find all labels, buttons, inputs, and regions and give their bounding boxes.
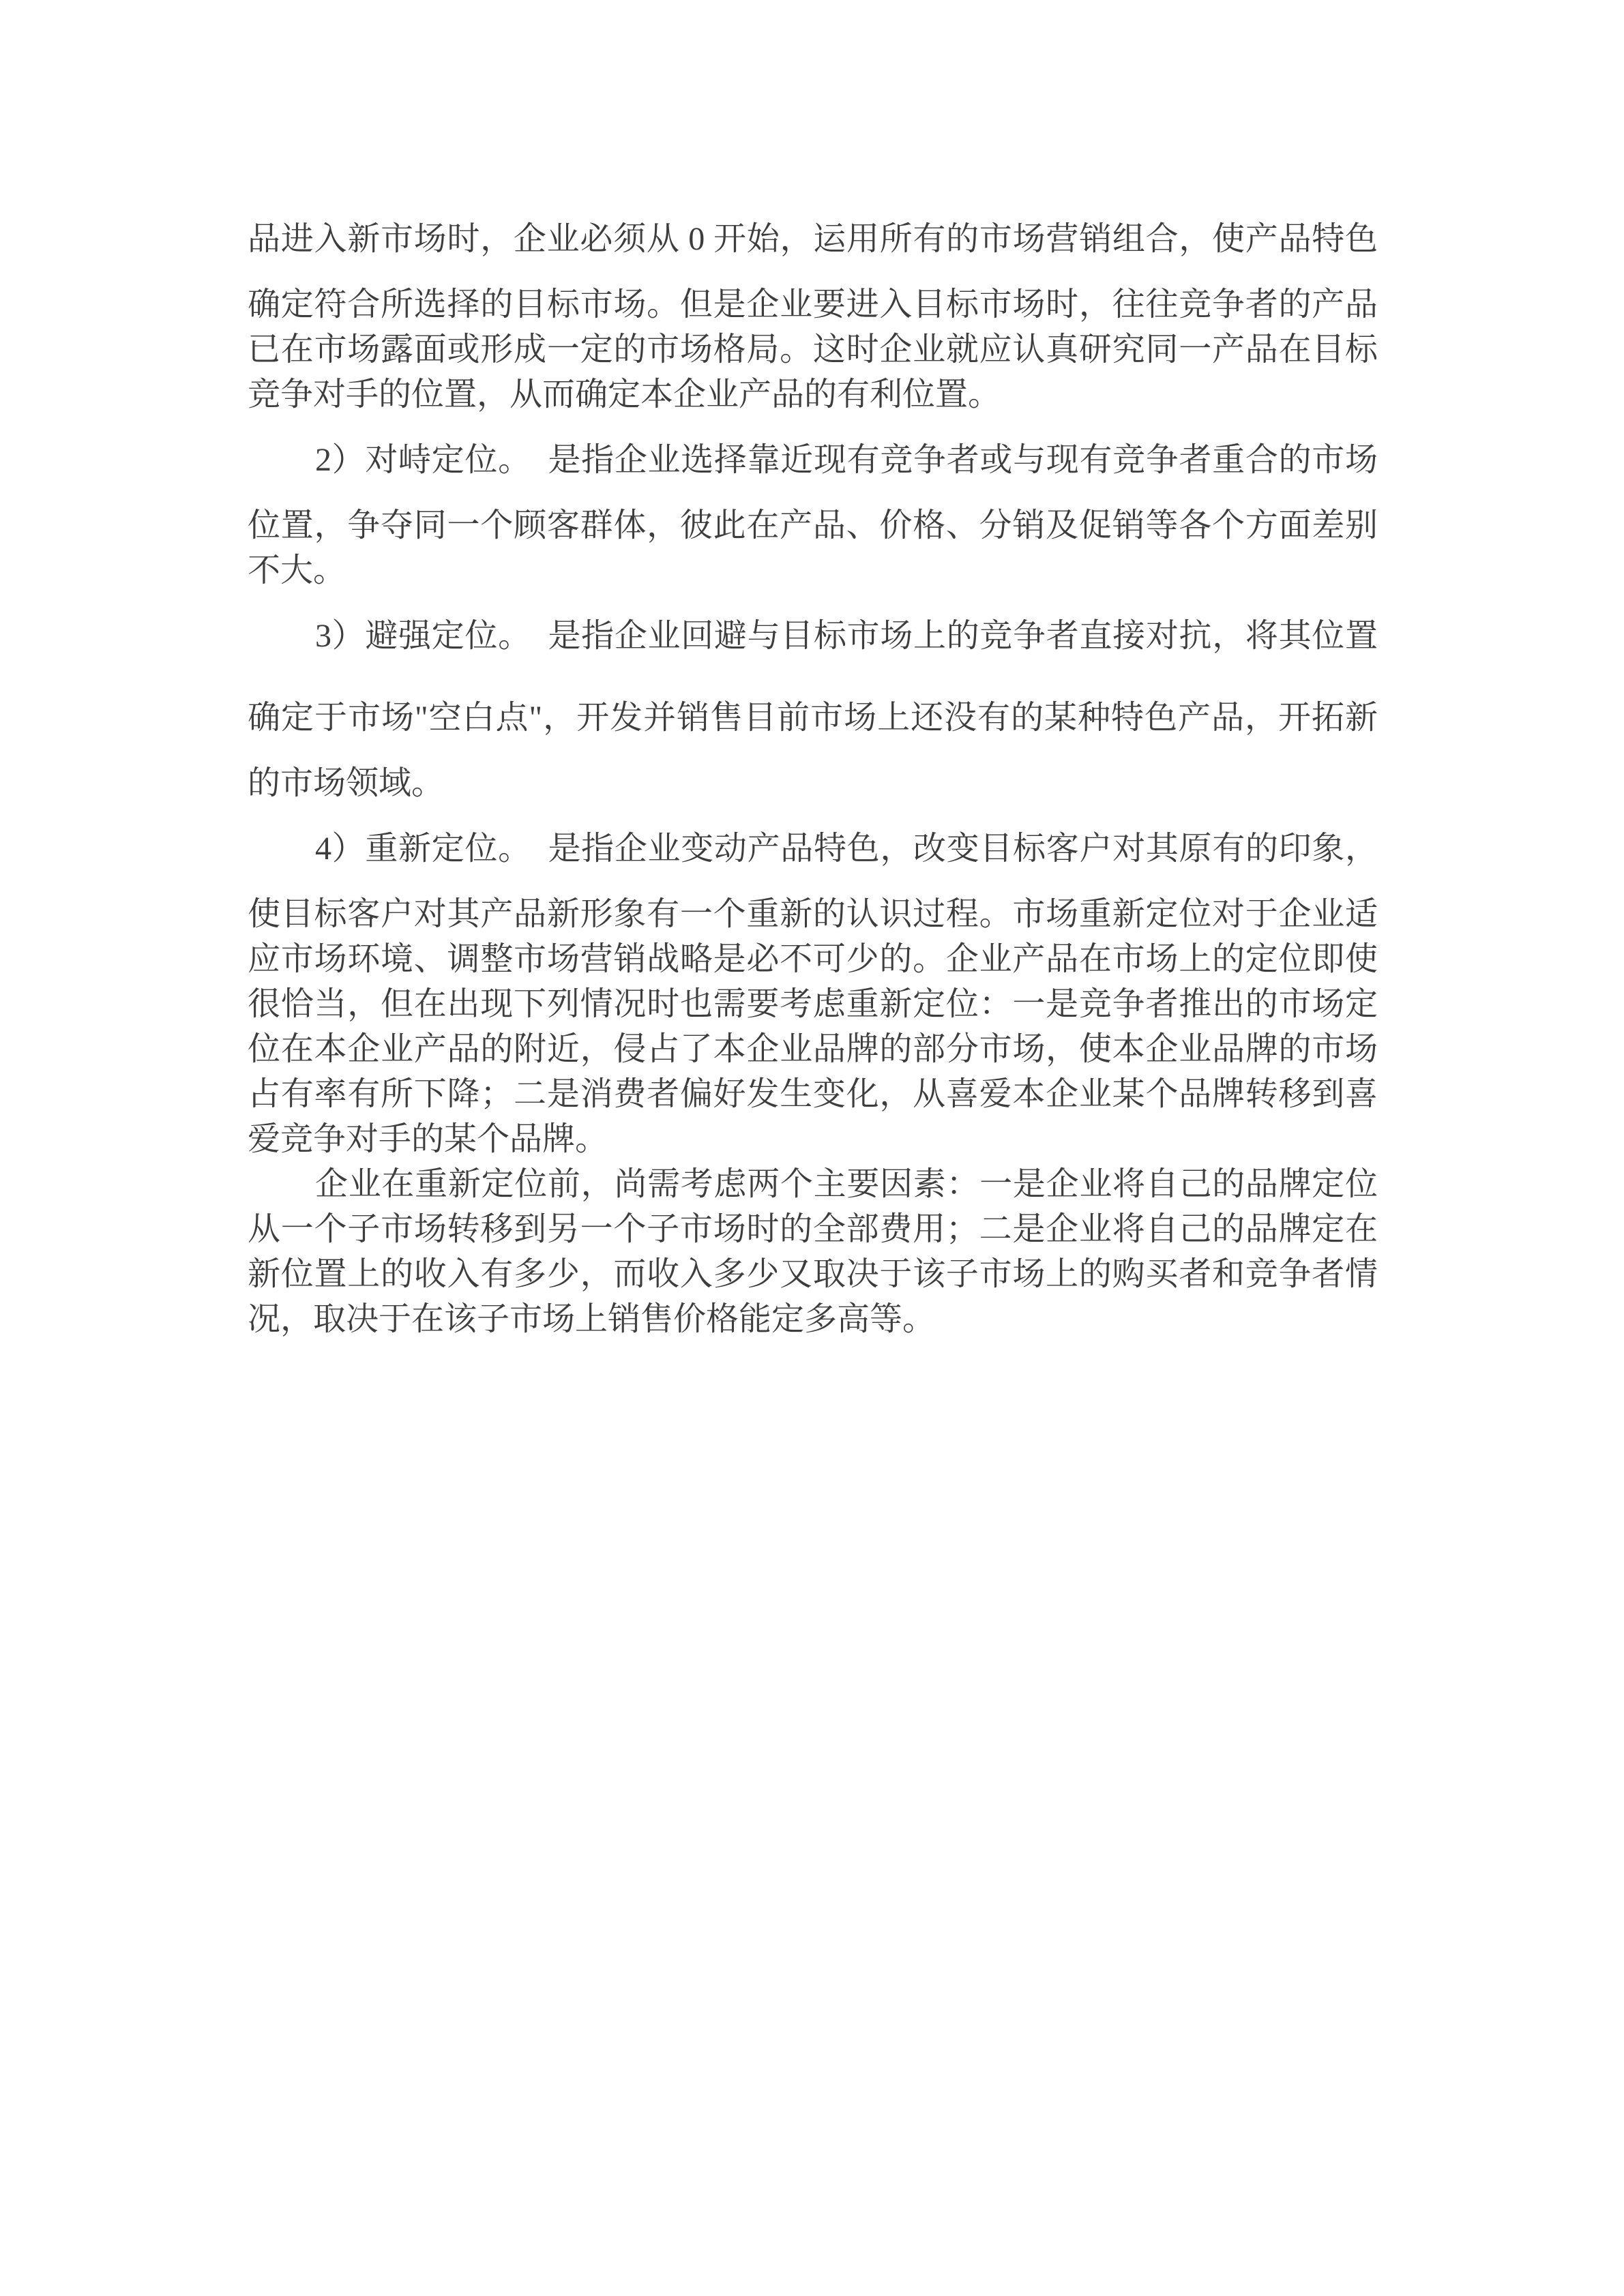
paragraph-item-3: 3）避强定位。 是指企业回避与目标市场上的竞争者直接对抗，将其位置 确定于市场"… [248, 614, 1378, 806]
text-line: 不大。 [248, 548, 1378, 593]
text-line: 竞争对手的位置，从而确定本企业产品的有利位置。 [248, 372, 1378, 417]
paragraph-continuation: 品进入新市场时，企业必须从 0 开始，运用所有的市场营销组合，使产品特色 确定符… [248, 217, 1378, 417]
text-line: 从一个子市场转移到另一个子市场时的全部费用；二是企业将自己的品牌定在 [248, 1207, 1378, 1252]
text-line: 的市场领域。 [248, 761, 1378, 806]
text-line: 应市场环境、调整市场营销战略是必不可少的。企业产品在市场上的定位即使 [248, 937, 1378, 982]
text-line: 占有率有所下降；二是消费者偏好发生变化，从喜爱本企业某个品牌转移到喜 [248, 1072, 1378, 1117]
text-line: 很恰当，但在出现下列情况时也需要考虑重新定位：一是竞争者推出的市场定 [248, 982, 1378, 1027]
paragraph-closing: 企业在重新定位前，尚需考虑两个主要因素：一是企业将自己的品牌定位 从一个子市场转… [248, 1162, 1378, 1342]
paragraph-item-2: 2）对峙定位。 是指企业选择靠近现有竞争者或与现有竞争者重合的市场 位置，争夺同… [248, 438, 1378, 593]
text-line: 企业在重新定位前，尚需考虑两个主要因素：一是企业将自己的品牌定位 [248, 1162, 1378, 1207]
document-page: 品进入新市场时，企业必须从 0 开始，运用所有的市场营销组合，使产品特色 确定符… [0, 0, 1624, 2296]
text-line: 确定于市场"空白点"，开发并销售目前市场上还没有的某种特色产品，开拓新 [248, 696, 1378, 741]
text-line: 4）重新定位。 是指企业变动产品特色，改变目标客户对其原有的印象， [248, 826, 1378, 871]
text-line: 况，取决于在该子市场上销售价格能定多高等。 [248, 1297, 1378, 1342]
text-line: 3）避强定位。 是指企业回避与目标市场上的竞争者直接对抗，将其位置 [248, 614, 1378, 659]
text-line: 爱竞争对手的某个品牌。 [248, 1117, 1378, 1162]
paragraph-item-4: 4）重新定位。 是指企业变动产品特色，改变目标客户对其原有的印象， 使目标客户对… [248, 826, 1378, 1162]
text-line: 使目标客户对其产品新形象有一个重新的认识过程。市场重新定位对于企业适 [248, 892, 1378, 937]
text-line: 位在本企业产品的附近，侵占了本企业品牌的部分市场，使本企业品牌的市场 [248, 1027, 1378, 1072]
text-line: 位置，争夺同一个顾客群体，彼此在产品、价格、分销及促销等各个方面差别 [248, 503, 1378, 548]
text-line: 2）对峙定位。 是指企业选择靠近现有竞争者或与现有竞争者重合的市场 [248, 438, 1378, 483]
text-block: 品进入新市场时，企业必须从 0 开始，运用所有的市场营销组合，使产品特色 确定符… [248, 217, 1378, 1342]
text-line: 品进入新市场时，企业必须从 0 开始，运用所有的市场营销组合，使产品特色 [248, 217, 1378, 262]
text-line: 已在市场露面或形成一定的市场格局。这时企业就应认真研究同一产品在目标 [248, 327, 1378, 372]
text-line: 确定符合所选择的目标市场。但是企业要进入目标市场时，往往竞争者的产品 [248, 282, 1378, 327]
text-line: 新位置上的收入有多少，而收入多少又取决于该子市场上的购买者和竞争者情 [248, 1252, 1378, 1297]
